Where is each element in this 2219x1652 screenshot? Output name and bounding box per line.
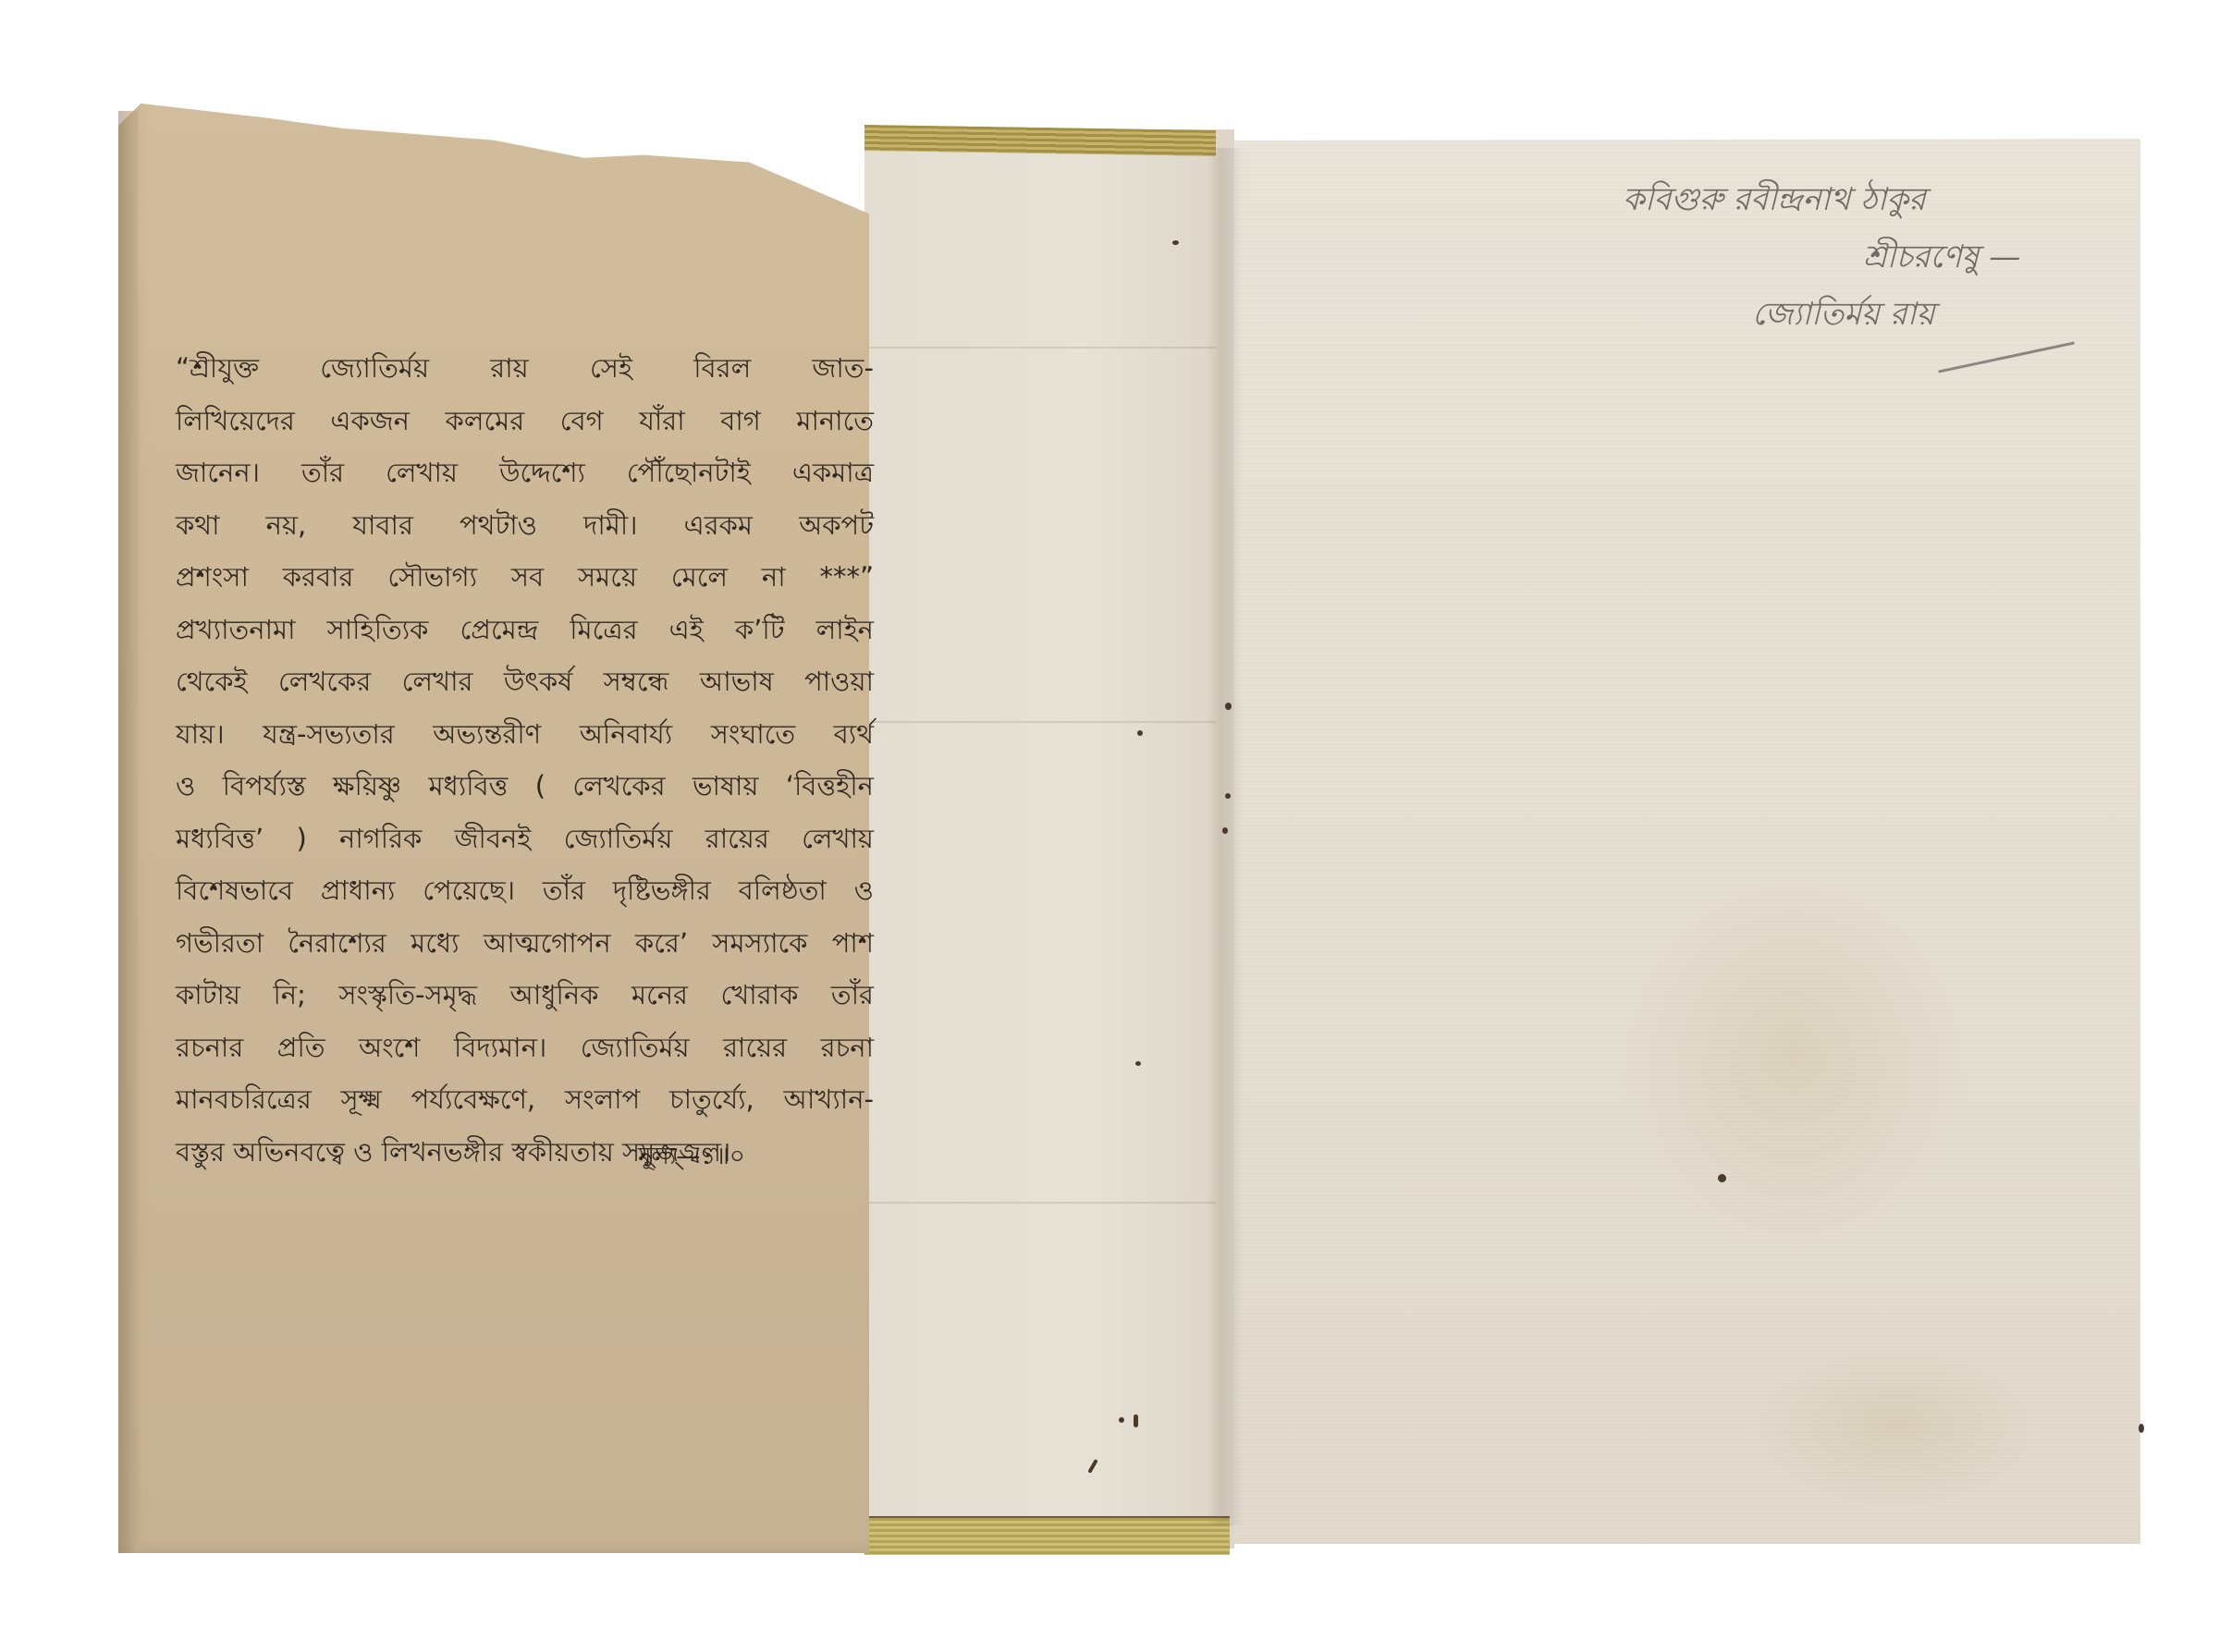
foxing-dot [1222,827,1228,834]
foxing-dot [2139,1424,2144,1433]
foxing-dot [1119,1417,1124,1423]
inscription-salutation: শ্রীচরণেষু — [1863,228,2131,286]
blurb-line: মধ্যবিত্ত’ ) নাগরিক জীবনই জ্যোতির্ময় রা… [176,813,874,865]
headband-top [864,125,1216,156]
blurb-line: ও বিপর্য্যস্ত ক্ষয়িষ্ণু মধ্যবিত্ত ( লেখ… [176,760,874,813]
blurb-line: থেকেই লেখকের লেখার উৎকর্ষ সম্বন্ধে আভাষ … [176,655,874,708]
jacket-blurb: “শ্রীযুক্ত জ্যোতির্ময় রায় সেই বিরল জাত… [176,342,874,1178]
pastedown [864,129,1234,1548]
foxing-stain [1747,1340,2043,1507]
blurb-line: যায়। যন্ত্র-সভ্যতার অভ্যন্তরীণ অনিবার্য… [176,708,874,761]
foxing-dot [1134,1414,1138,1427]
blurb-line: “শ্রীযুক্ত জ্যোতির্ময় রায় সেই বিরল জাত… [176,342,874,395]
fold-crease [864,721,1216,723]
foxing-dot [1172,240,1179,245]
blurb-line: মানবচরিত্রের সূক্ষ্ম পর্য্যবেক্ষণে, সংলা… [176,1073,874,1126]
foxing-dot [1718,1174,1726,1182]
blurb-line: বিশেষভাবে প্রাধান্য পেয়েছে। তাঁর দৃষ্টি… [176,864,874,917]
foxing-dot [1225,703,1232,710]
foxing-dot [1135,1061,1141,1066]
fold-crease [864,347,1216,349]
fold-crease [864,1202,1216,1204]
inscription-dedicatee: কবিগুরু রবীন্দ্রনাথ ঠাকুর [1623,171,2131,228]
handwritten-inscription: কবিগুরু রবীন্দ্রনাথ ঠাকুর শ্রীচরণেষু — জ… [1613,171,2131,343]
blurb-line: বস্তুর অভিনবত্বে ও লিখনভঙ্গীর স্বকীয়তায… [176,1126,874,1179]
blurb-line: জানেন। তাঁর লেখায় উদ্দেশ্যে পৌঁছোনটাই এ… [176,447,874,499]
headband-bottom [864,1516,1230,1555]
blurb-line: প্রশংসা করবার সৌভাগ্য সব সময়ে মেলে না *… [176,551,874,604]
open-book: “শ্রীযুক্ত জ্যোতির্ময় রায় সেই বিরল জাত… [0,0,2219,1652]
spine-hinge [1207,148,1244,1525]
foxing-dot [1137,730,1143,736]
blurb-line: গভীরতা নৈরাশ্যের মধ্যে আত্মগোপন করে’ সমস… [176,917,874,970]
blurb-line: কথা নয়, যাবার পথটাও দামী। এরকম অকপট [176,499,874,552]
dust-jacket-fold-edge [118,111,139,1553]
price-label: মূল্য—১॥০ [638,1137,745,1178]
blurb-line: রচনার প্রতি অংশে বিদ্যমান। জ্যোতির্ময় র… [176,1022,874,1074]
foxing-dot [1225,793,1231,799]
blurb-line: প্রখ্যাতনামা সাহিত্যিক প্রেমেন্দ্র মিত্র… [176,604,874,656]
foxing-stain [1618,860,1969,1248]
blurb-line: লিখিয়েদের একজন কলমের বেগ যাঁরা বাগ মানা… [176,395,874,447]
inscription-signature: জ্যোতির্ময় রায় [1752,286,2131,343]
flyleaf-page [1230,139,2140,1544]
blurb-line: কাটায় নি; সংস্কৃতি-সমৃদ্ধ আধুনিক মনের খ… [176,969,874,1022]
